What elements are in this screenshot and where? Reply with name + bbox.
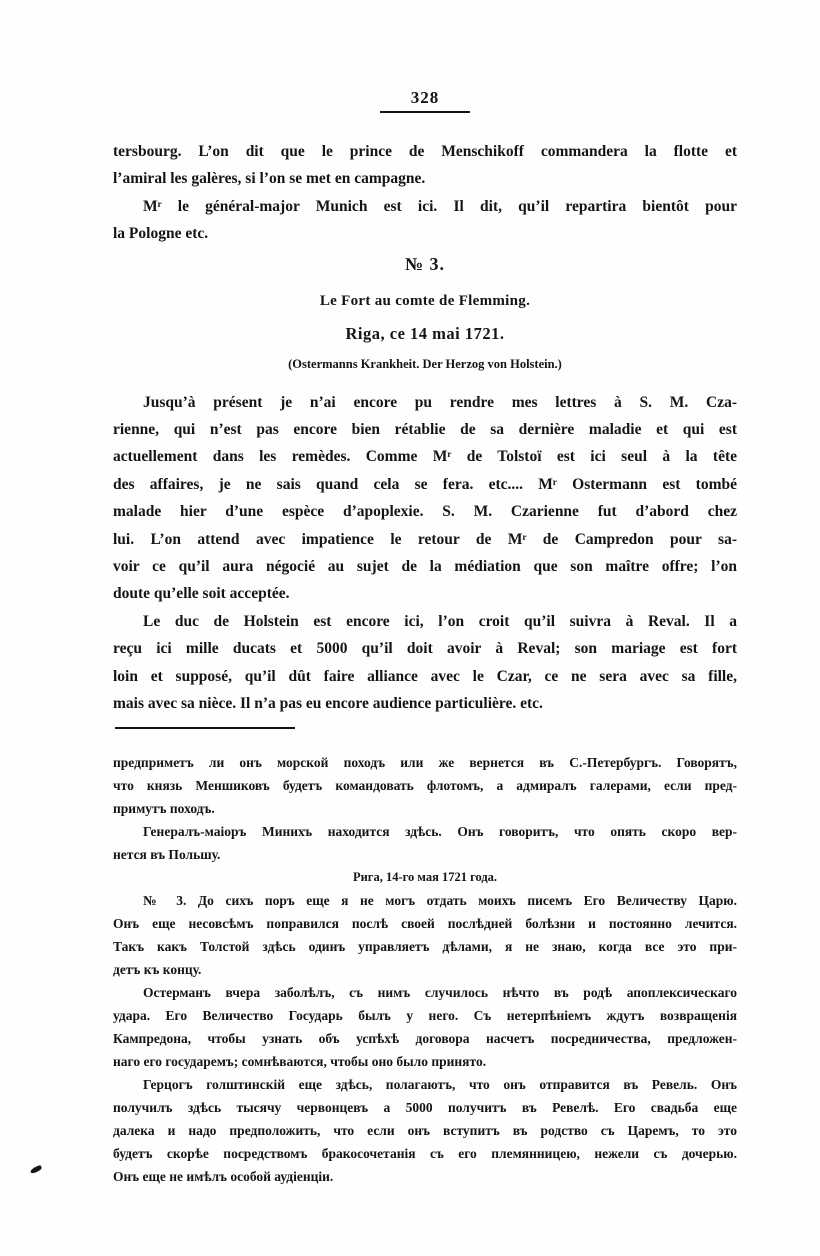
text-line: doute qu’elle soit acceptée. (113, 580, 737, 607)
text-line: rienne, qui n’est pas encore bien rétabl… (113, 416, 737, 443)
text-line: l’amiral les galères, si l’on se met en … (113, 165, 737, 192)
text-line: tersbourg. L’on dit que le prince de Men… (113, 138, 737, 165)
text-line: что князь Меншиковъ будетъ командовать ф… (113, 774, 737, 797)
letter-number-heading: № 3. (113, 253, 737, 275)
text-line: удара. Его Величество Государь былъ у не… (113, 1004, 737, 1027)
text-line: Le duc de Holstein est encore ici, l’on … (113, 608, 737, 635)
text-line: получилъ здѣсь тысячу червонцевъ а 5000 … (113, 1096, 737, 1119)
text-line: malade hier d’une espèce d’apoplexie. S.… (113, 498, 737, 525)
text-line: loin et supposé, qu’il dût faire allianc… (113, 663, 737, 690)
paragraph-munich: Mʳ le général-major Munich est ici. Il d… (113, 193, 737, 248)
text-line: наго его государемъ; сомнѣваются, чтобы … (113, 1050, 737, 1073)
text-line: Онъ еще несовсѣмъ поправился послѣ своей… (113, 912, 737, 935)
page-number: 328 (113, 88, 737, 108)
text-line: actuellement dans les remèdes. Comme Mʳ … (113, 443, 737, 470)
text-line: Генералъ-маіоръ Минихъ находится здѣсь. … (113, 820, 737, 843)
text-line: mais avec sa nièce. Il n’a pas eu encore… (113, 690, 737, 717)
page-number-rule (380, 111, 470, 113)
letter-title: Le Fort au comte de Flemming. (113, 292, 737, 311)
text-line: voir ce qu’il aura négocié au sujet de l… (113, 553, 737, 580)
text-line: далека и надо предположить, что если онъ… (113, 1119, 737, 1142)
letter-place-date: Riga, ce 14 mai 1721. (113, 323, 737, 344)
text-line: Такъ какъ Толстой здѣсь одинъ управляетъ… (113, 935, 737, 958)
footnote-paragraph-ostermann: Остерманъ вчера заболѣлъ, съ нимъ случил… (113, 981, 737, 1073)
text-line: Герцогъ голштинскій еще здѣсь, полагаютъ… (113, 1073, 737, 1096)
text-line: la Pologne etc. (113, 220, 737, 247)
footnote-paragraph-campaign: предприметъ ли онъ морской походъ или же… (113, 751, 737, 820)
text-line: lui. L’on attend avec impatience le reto… (113, 526, 737, 553)
text-line: Кампредона, чтобы узнать объ успѣхѣ дого… (113, 1027, 737, 1050)
footnote-paragraph-munich: Генералъ-маіоръ Минихъ находится здѣсь. … (113, 820, 737, 866)
footnote-dateline: Рига, 14-го мая 1721 года. (113, 867, 737, 888)
text-line: детъ къ концу. (113, 958, 737, 981)
footnote-paragraph-no3: № 3. До сихъ поръ еще я не могъ отдать м… (113, 889, 737, 981)
text-line: примутъ походъ. (113, 797, 737, 820)
text-line: Jusqu’à présent je n’ai encore pu rendre… (113, 389, 737, 416)
text-line: будетъ скорѣе посредствомъ бракосочетані… (113, 1142, 737, 1165)
letter-subject-note: (Ostermanns Krankheit. Der Herzog von Ho… (113, 356, 737, 372)
page-header: 328 (113, 88, 737, 113)
paragraph-czarienne: Jusqu’à présent je n’ai encore pu rendre… (113, 389, 737, 608)
text-line: des affaires, je ne sais quand cela se f… (113, 471, 737, 498)
paragraph-holstein: Le duc de Holstein est encore ici, l’on … (113, 608, 737, 718)
footnote-paragraph-duke: Герцогъ голштинскій еще здѣсь, полагаютъ… (113, 1073, 737, 1188)
text-line: reçu ici mille ducats et 5000 qu’il doit… (113, 635, 737, 662)
stray-ink-mark (30, 1165, 43, 1175)
text-line: Остерманъ вчера заболѣлъ, съ нимъ случил… (113, 981, 737, 1004)
text-line: Онъ еще не имѣлъ особой аудіенціи. (113, 1165, 737, 1188)
text-line: Mʳ le général-major Munich est ici. Il d… (113, 193, 737, 220)
text-line: № 3. До сихъ поръ еще я не могъ отдать м… (113, 889, 737, 912)
footnote-separator (115, 727, 295, 729)
footnote-block: предприметъ ли онъ морской походъ или же… (113, 751, 737, 1188)
book-page: 328 tersbourg. L’on dit que le prince de… (0, 0, 820, 1256)
paragraph-petersbourg-continuation: tersbourg. L’on dit que le prince de Men… (113, 138, 737, 193)
text-line: нется въ Польшу. (113, 843, 737, 866)
text-line: предприметъ ли онъ морской походъ или же… (113, 751, 737, 774)
